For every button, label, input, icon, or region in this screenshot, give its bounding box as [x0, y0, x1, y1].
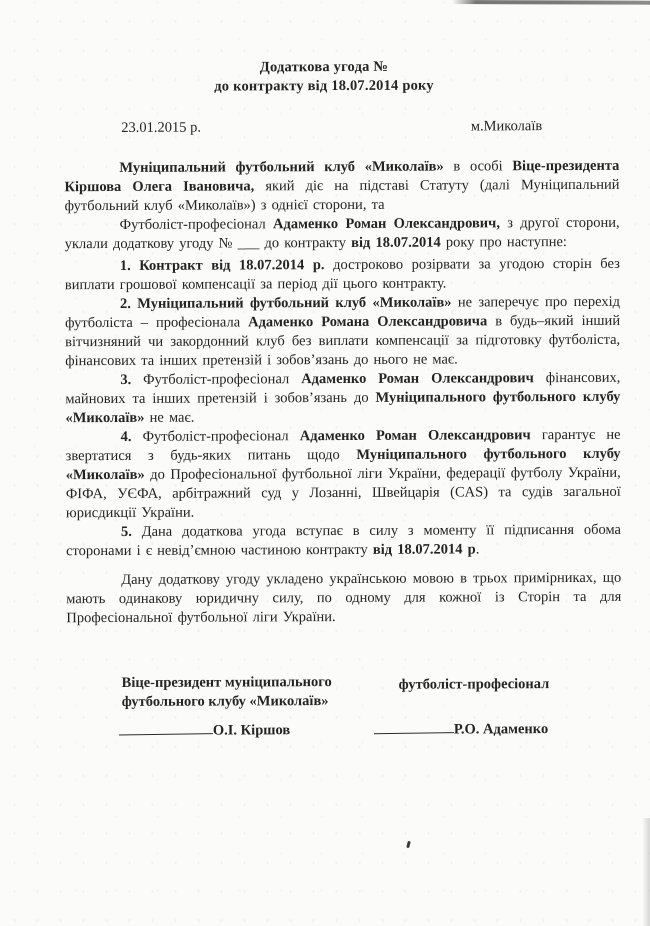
document-date: 23.01.2015 р.: [121, 119, 201, 138]
clause-5: 5. Дана додаткова угода вступає в силу з…: [66, 521, 621, 561]
preamble-paragraph-1: Муніципальний футбольний клуб «Миколаїв»…: [64, 157, 619, 216]
signatory-left-title: Віце-президент муніципального футбольног…: [122, 673, 387, 712]
document-title: Додаткова угода № до контракту від 18.07…: [64, 57, 584, 97]
date-city-row: 23.01.2015 р. м.Миколаїв: [64, 117, 619, 138]
signatory-right-name: Р.О. Адаменко: [454, 721, 548, 737]
signatory-left-title-line-1: Віце-президент муніципального: [122, 673, 387, 693]
scan-artifact-speck: [406, 841, 411, 849]
clause-3: 3. Футболіст-професіонал Адаменко Роман …: [65, 369, 620, 428]
title-line-2: до контракту від 18.07.2014 року: [64, 76, 584, 97]
closing-paragraph: Дану додаткову угоду укладено українсько…: [66, 569, 621, 628]
signature-row-left: О.І. Кіршов: [119, 720, 290, 741]
preamble-paragraph-2: Футболіст-професіонал Адаменко Роман Оле…: [65, 214, 620, 254]
signature-row-right: Р.О. Адаменко: [374, 719, 548, 740]
signature-line: [119, 720, 213, 735]
scan-artifact-right-edge: [642, 818, 650, 926]
signatory-left-name: О.І. Кіршов: [213, 722, 290, 738]
document-content: Додаткова угода № до контракту від 18.07…: [64, 0, 622, 769]
clause-1: 1. Контракт від 18.07.2014 р. достроково…: [65, 255, 620, 295]
clause-4: 4. Футболіст-професіонал Адаменко Роман …: [66, 426, 621, 523]
signatory-left-title-line-2: футбольного клубу «Миколаїв»: [122, 692, 387, 712]
scanned-document-page: Додаткова угода № до контракту від 18.07…: [0, 0, 650, 926]
document-body: Муніципальний футбольний клуб «Миколаїв»…: [64, 157, 621, 628]
signature-line: [374, 719, 454, 734]
document-city: м.Миколаїв: [471, 117, 542, 136]
signatory-right-title: футболіст-професіонал: [399, 675, 550, 695]
clause-2: 2. Муніципальний футбольний клуб «Микола…: [65, 293, 620, 371]
title-line-1: Додаткова угода №: [64, 57, 584, 78]
signature-block: Віце-президент муніципального футбольног…: [67, 672, 622, 769]
